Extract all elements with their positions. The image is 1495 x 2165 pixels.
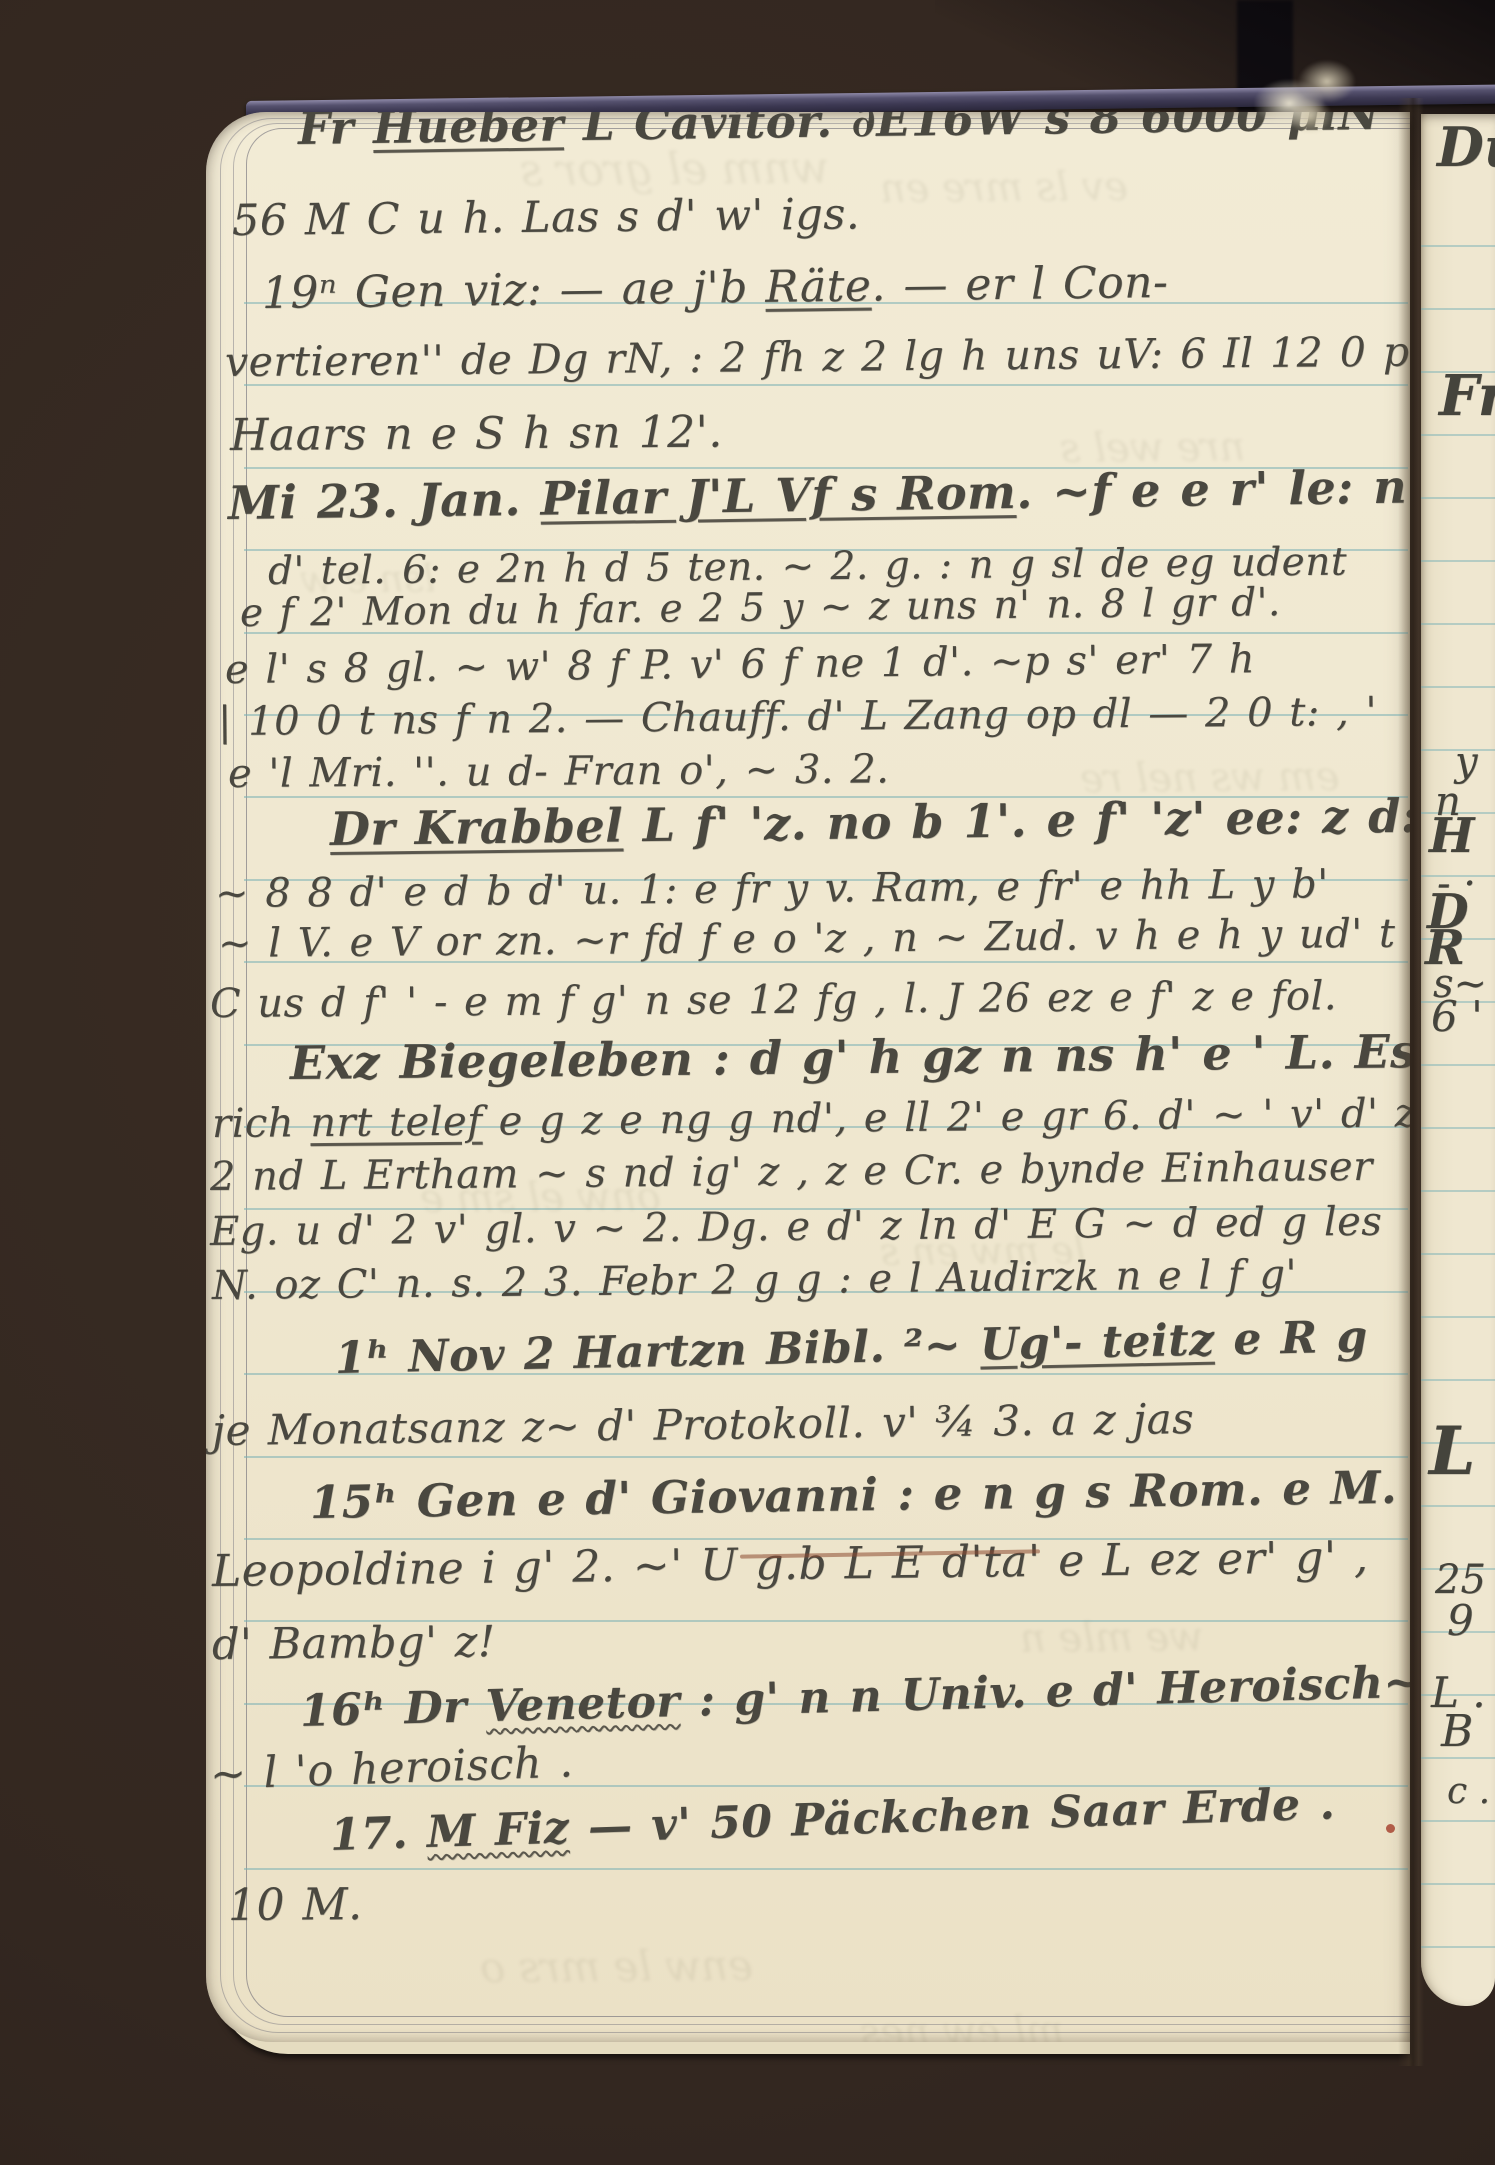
handwriting-line: 10 M. [228,1883,363,1928]
underlined-word: nrt telef [310,1099,483,1147]
ruled-line [1421,1505,1495,1507]
ruled-line [1421,497,1495,499]
bleedthrough-mark: wnm el gror s [520,147,829,194]
handwriting-fragment: c . [1447,1774,1490,1810]
handwriting-line: Exz Biegeleben : d g' h gz n ns h' e ' L… [290,1027,1410,1086]
ruled-line [244,1868,1408,1870]
underlined-word: Räte [765,261,872,313]
bleedthrough-mark: enw le mrs o [480,1945,753,1989]
handwriting-line: Fr Hueber L Cavitor. ∂E16W s 8 6000 µlN [298,112,1380,151]
ruled-line [1421,1946,1495,1948]
handwriting-fragment: H [1429,812,1474,860]
handwriting-fragment: L [1429,1418,1475,1484]
ruled-line [244,1456,1408,1458]
underlined-word: Venetor [485,1676,681,1732]
handwriting-line: Leopoldine i g' 2. ~' U g.b L E d'ta' e … [212,1536,1369,1594]
underlined-word: Dr Krabbel [330,798,624,856]
ruled-line [1421,1379,1495,1381]
handwriting-line: ~ l V. e V or zn. ~r fd f e o 'z , n ~ Z… [218,914,1396,964]
ruled-line [1421,1883,1495,1885]
handwriting-fragment: 9 [1447,1600,1474,1642]
handwriting-line: e l' s 8 gl. ~ w' 8 f P. v' 6 f ne 1 d'.… [225,639,1255,690]
handwriting-fragment: y [1455,742,1478,782]
handwriting-line: ~ l 'o heroisch . [209,1741,574,1797]
ruled-line [244,384,1408,386]
ruled-line [1421,1316,1495,1318]
ruled-line [1421,623,1495,625]
ruled-line [1421,434,1495,436]
bleedthrough-mark: ml ew nes [860,2011,1064,2042]
handwriting-fragment: 6 ' [1431,996,1483,1038]
handwriting-line: d' Bambg' z! [212,1621,496,1667]
handwriting-line: 56 M C u h. Las s d' w' igs. [232,193,860,243]
left-page: wnm el gror sev ls mre ennre wel slsn e … [206,112,1410,2042]
ruled-line [1421,308,1495,310]
bleedthrough-mark: ev ls mre en [880,167,1128,209]
handwriting-line: Dr Krabbel L f' 'z. no b 1'. e f' 'z' ee… [330,793,1410,852]
red-ink-dot [1386,1824,1395,1833]
ruled-line [1421,1253,1495,1255]
ruled-line [1421,686,1495,688]
bleedthrough-mark: we mle n [1020,1617,1204,1659]
ruled-line [1421,1820,1495,1822]
ruled-line [1421,245,1495,247]
underlined-word: Hueber [373,112,564,154]
handwriting-line: e 'l Mri. ''. u d- Fran o', ~ 3. 2. [228,749,890,794]
handwriting-line: N. oz C' n. s. 2 3. Febr 2 g g : e l Aud… [212,1255,1297,1306]
handwriting-line: 15ʰ Gen e d' Giovanni : e n g s Rom. e M… [310,1465,1398,1525]
notebook-photo: wnm el gror sev ls mre ennre wel slsn e … [0,0,1495,2165]
ruled-line [1421,1757,1495,1759]
handwriting-fragment: Du [1437,120,1495,174]
handwriting-fragment: 25 [1435,1560,1486,1600]
handwriting-line: 2 nd L Ertham ~ s nd ig' z , z e Cr. e b… [210,1147,1373,1197]
handwriting-line: je Monatsanz z~ d' Protokoll. v' ¾ 3. a … [212,1398,1195,1452]
facing-page-sliver: DuFrynH- ·DRs~6 'L259L .Bc . [1421,114,1495,2006]
ruled-line [1421,1064,1495,1066]
handwriting-fragment: B [1441,1710,1473,1754]
handwriting-line: ~ 8 8 d' e d b d' u. 1: e fr y v. Ram, e… [215,864,1329,914]
handwriting-line: e f 2' Mon du h far. e 2 5 y ~ z uns n' … [240,583,1281,633]
handwriting-line: 17. M Fiz — v' 50 Päckchen Saar Erde . [329,1782,1335,1858]
handwriting-line: C us d f' ' - e m f g' n se 12 fg , l. J… [210,976,1337,1024]
handwriting-line: 19ⁿ Gen viz: — ae j'b Räte. — er l Con- [262,261,1169,316]
handwriting-line: Haars n e S h sn 12'. [230,411,723,458]
underlined-word: M Fiz [426,1802,570,1857]
handwriting-line: 1ʰ Nov 2 Hartzn Bibl. ²~ Ug'- teitz e R … [335,1315,1369,1381]
handwriting-line: 16ʰ Dr Venetor : g' n n Univ. e d' Heroi… [299,1661,1410,1734]
handwriting-line: | 10 0 t ns f n 2. — Chauff. d' L Zang o… [218,692,1377,742]
frayed-thread [1252,55,1356,133]
ruled-line [1421,1190,1495,1192]
ruled-line [1421,1127,1495,1129]
handwriting-line: rich nrt telef e g z e ng g nd', e ll 2'… [212,1093,1410,1144]
handwriting-fragment: Fr [1439,368,1495,424]
handwriting-line: Eg. u d' 2 v' gl. v ~ 2. Dg. e d' z ln d… [210,1202,1383,1252]
ruled-line [1421,560,1495,562]
underlined-word: Pilar J'L Vf s Rom [540,465,1017,526]
underlined-word: Ug'- teitz [979,1315,1215,1371]
handwriting-line: Mi 23. Jan. Pilar J'L Vf s Rom. ~f e e r… [228,464,1408,526]
handwriting-line: vertieren'' de Dg rN, : 2 fh z 2 lg h un… [225,331,1410,383]
